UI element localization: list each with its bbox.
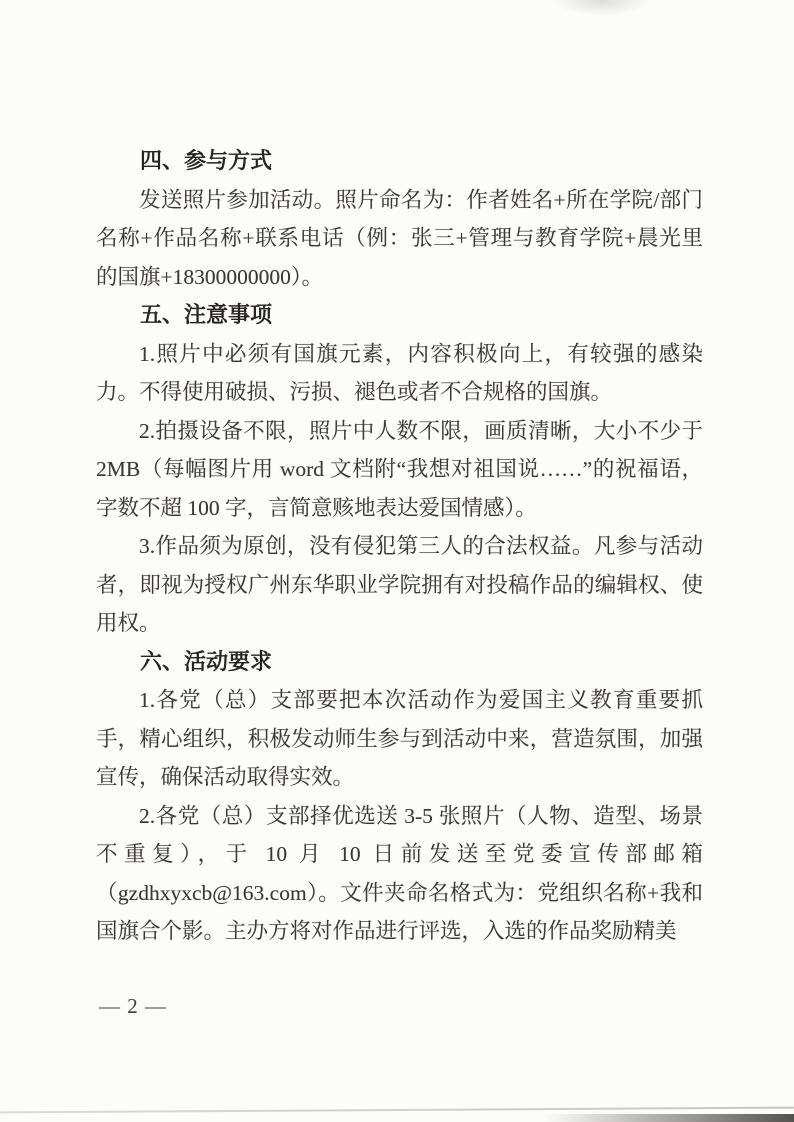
scan-edge-line bbox=[0, 1107, 794, 1114]
document-page: 四、参与方式 发送照片参加活动。照片命名为：作者姓名+所在学院/部门名称+作品名… bbox=[0, 0, 794, 1122]
paragraph: 2.拍摄设备不限，照片中人数不限，画质清晰，大小不少于 2MB（每幅图片用 wo… bbox=[96, 412, 703, 528]
section-heading: 六、活动要求 bbox=[96, 643, 703, 682]
scan-corner-shadow bbox=[544, 1114, 794, 1122]
section-notes: 五、注意事项 1.照片中必须有国旗元素，内容积极向上，有较强的感染力。不得使用破… bbox=[96, 296, 703, 643]
section-heading: 五、注意事项 bbox=[96, 296, 703, 335]
section-participation-method: 四、参与方式 发送照片参加活动。照片命名为：作者姓名+所在学院/部门名称+作品名… bbox=[96, 142, 703, 296]
paragraph: 1.照片中必须有国旗元素，内容积极向上，有较强的感染力。不得使用破损、污损、褪色… bbox=[96, 335, 703, 412]
scan-smudge bbox=[552, 0, 652, 16]
paragraph: 发送照片参加活动。照片命名为：作者姓名+所在学院/部门名称+作品名称+联系电话（… bbox=[96, 181, 703, 297]
paragraph: 3.作品须为原创，没有侵犯第三人的合法权益。凡参与活动者，即视为授权广州东华职业… bbox=[96, 527, 703, 643]
document-body: 四、参与方式 发送照片参加活动。照片命名为：作者姓名+所在学院/部门名称+作品名… bbox=[96, 142, 703, 951]
section-activity-requirements: 六、活动要求 1.各党（总）支部要把本次活动作为爱国主义教育重要抓手，精心组织，… bbox=[96, 643, 703, 951]
paragraph: 2.各党（总）支部择优选送 3-5 张照片（人物、造型、场景不重复），于 10 … bbox=[96, 797, 703, 951]
section-heading: 四、参与方式 bbox=[96, 142, 703, 181]
paragraph: 1.各党（总）支部要把本次活动作为爱国主义教育重要抓手，精心组织，积极发动师生参… bbox=[96, 681, 703, 797]
page-number: — 2 — bbox=[99, 994, 167, 1019]
